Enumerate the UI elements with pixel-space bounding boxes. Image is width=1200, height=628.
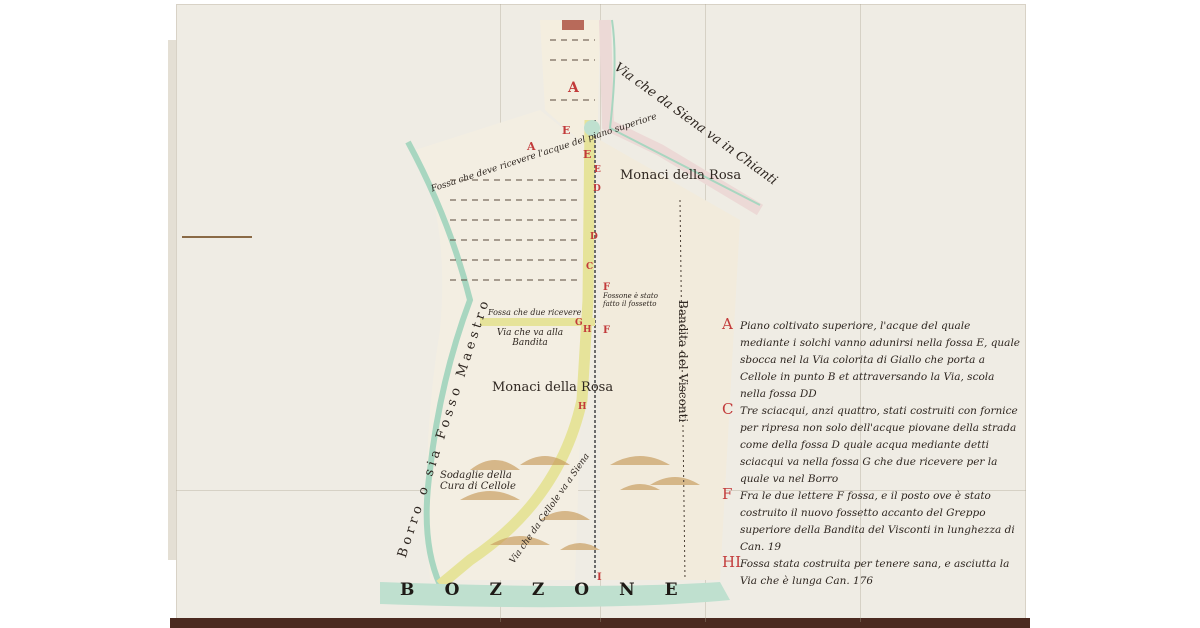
legend-item: C Tre sciacqui, anzi quattro, stati cost…: [722, 403, 1022, 488]
legend-text: Tre sciacqui, anzi quattro, stati costru…: [740, 405, 1018, 485]
marker-e: E: [583, 148, 591, 161]
marker-h: H: [578, 402, 587, 412]
marker-e: E: [562, 124, 570, 137]
legend-item: HI Fossa stata costruita per tenere sana…: [722, 556, 1022, 590]
marker-d: D: [593, 184, 601, 194]
marker-c: C: [586, 262, 593, 272]
marker-a: A: [568, 80, 579, 96]
marker-f: F: [603, 325, 610, 336]
marker-e: E: [594, 165, 601, 175]
legend-text: Fra le due lettere F fossa, e il posto o…: [740, 490, 1015, 553]
map-legend: A Piano coltivato superiore, l'acque del…: [722, 318, 1022, 590]
legend-text: Fossa stata costruita per tenere sana, e…: [740, 558, 1009, 587]
label-bandita-visconti: Bandita del Visconti: [676, 300, 690, 422]
legend-item: F Fra le due lettere F fossa, e il posto…: [722, 488, 1022, 556]
label-monaci-rosa-mid: Monaci della Rosa: [492, 380, 613, 395]
label-sodaglie: Sodaglie della Cura di Cellole: [440, 470, 530, 492]
marker-d: D: [590, 232, 598, 242]
legend-item: A Piano coltivato superiore, l'acque del…: [722, 318, 1022, 403]
farmhouse: [562, 20, 584, 30]
label-monaci-rosa-top: Monaci della Rosa: [620, 168, 741, 183]
label-fossa-mid: Fossa che due ricevere: [488, 308, 581, 317]
marker-i: I: [597, 572, 602, 583]
field-right: [600, 140, 740, 580]
legend-text: Piano coltivato superiore, l'acque del q…: [740, 320, 1020, 400]
legend-key: A: [722, 316, 733, 333]
marker-a: A: [527, 140, 536, 153]
legend-key: C: [722, 401, 733, 418]
marker-g: G: [575, 318, 583, 328]
label-river-bozzone: BOZZONE: [400, 580, 708, 600]
label-fossone: Fossone è stato fatto il fossetto: [603, 292, 663, 308]
marker-h: H: [583, 325, 592, 335]
label-via-bandita: Via che va alla Bandita: [495, 328, 565, 348]
legend-key: HI: [722, 554, 741, 571]
marker-f: F: [603, 282, 610, 293]
legend-key: F: [722, 486, 732, 503]
